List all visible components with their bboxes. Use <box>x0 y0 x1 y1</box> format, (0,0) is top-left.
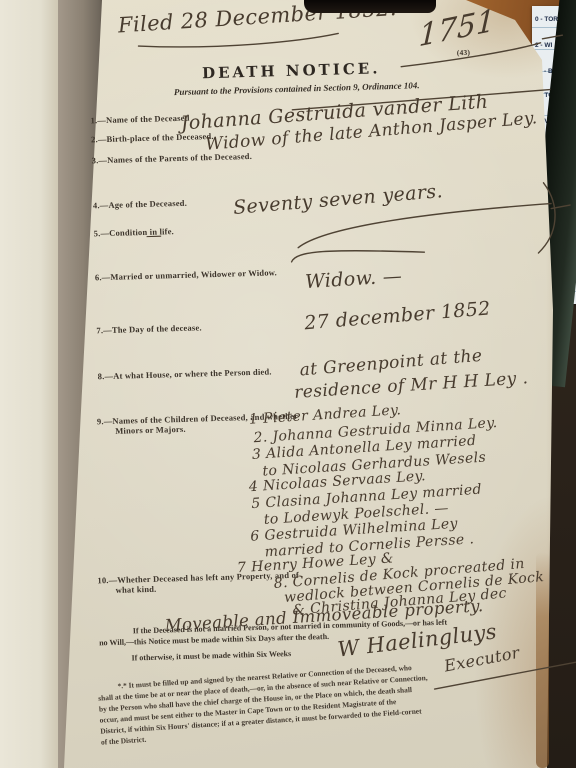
photographed-archive-page: 0 - TOR 2 - WI 03 - B 5 - TO 2 - V TOR -… <box>0 0 576 768</box>
field-label-property-2: what kind. <box>116 584 157 595</box>
sheet-number: (43) <box>457 48 471 57</box>
field-label-name: 1.—Name of the Deceased <box>90 113 189 126</box>
answer-marital: Widow. — <box>305 265 403 293</box>
field-label-decease-day: 7.—The Day of the decease. <box>96 322 202 335</box>
answer-decease-day: 27 december 1852 <box>304 297 492 334</box>
page-content: Filed 28 December 1852. 1751 (43) DEATH … <box>0 0 576 768</box>
six-weeks-note: If otherwise, it must be made within Six… <box>131 649 291 662</box>
answer-age: Seventy seven years. <box>232 180 443 219</box>
answer-condition: — <box>146 225 163 244</box>
footnote-paragraph: *.* It must be filled up and signed by t… <box>97 652 574 748</box>
field-label-children-2: Minors or Majors. <box>115 424 186 436</box>
field-label-age: 4.—Age of the Deceased. <box>93 198 187 211</box>
field-label-marital: 6.—Married or unmarried, Widower or Wido… <box>95 267 277 282</box>
binder-clip <box>304 0 436 13</box>
field-label-place-of-death: 8.—At what House, or where the Person di… <box>98 366 272 381</box>
